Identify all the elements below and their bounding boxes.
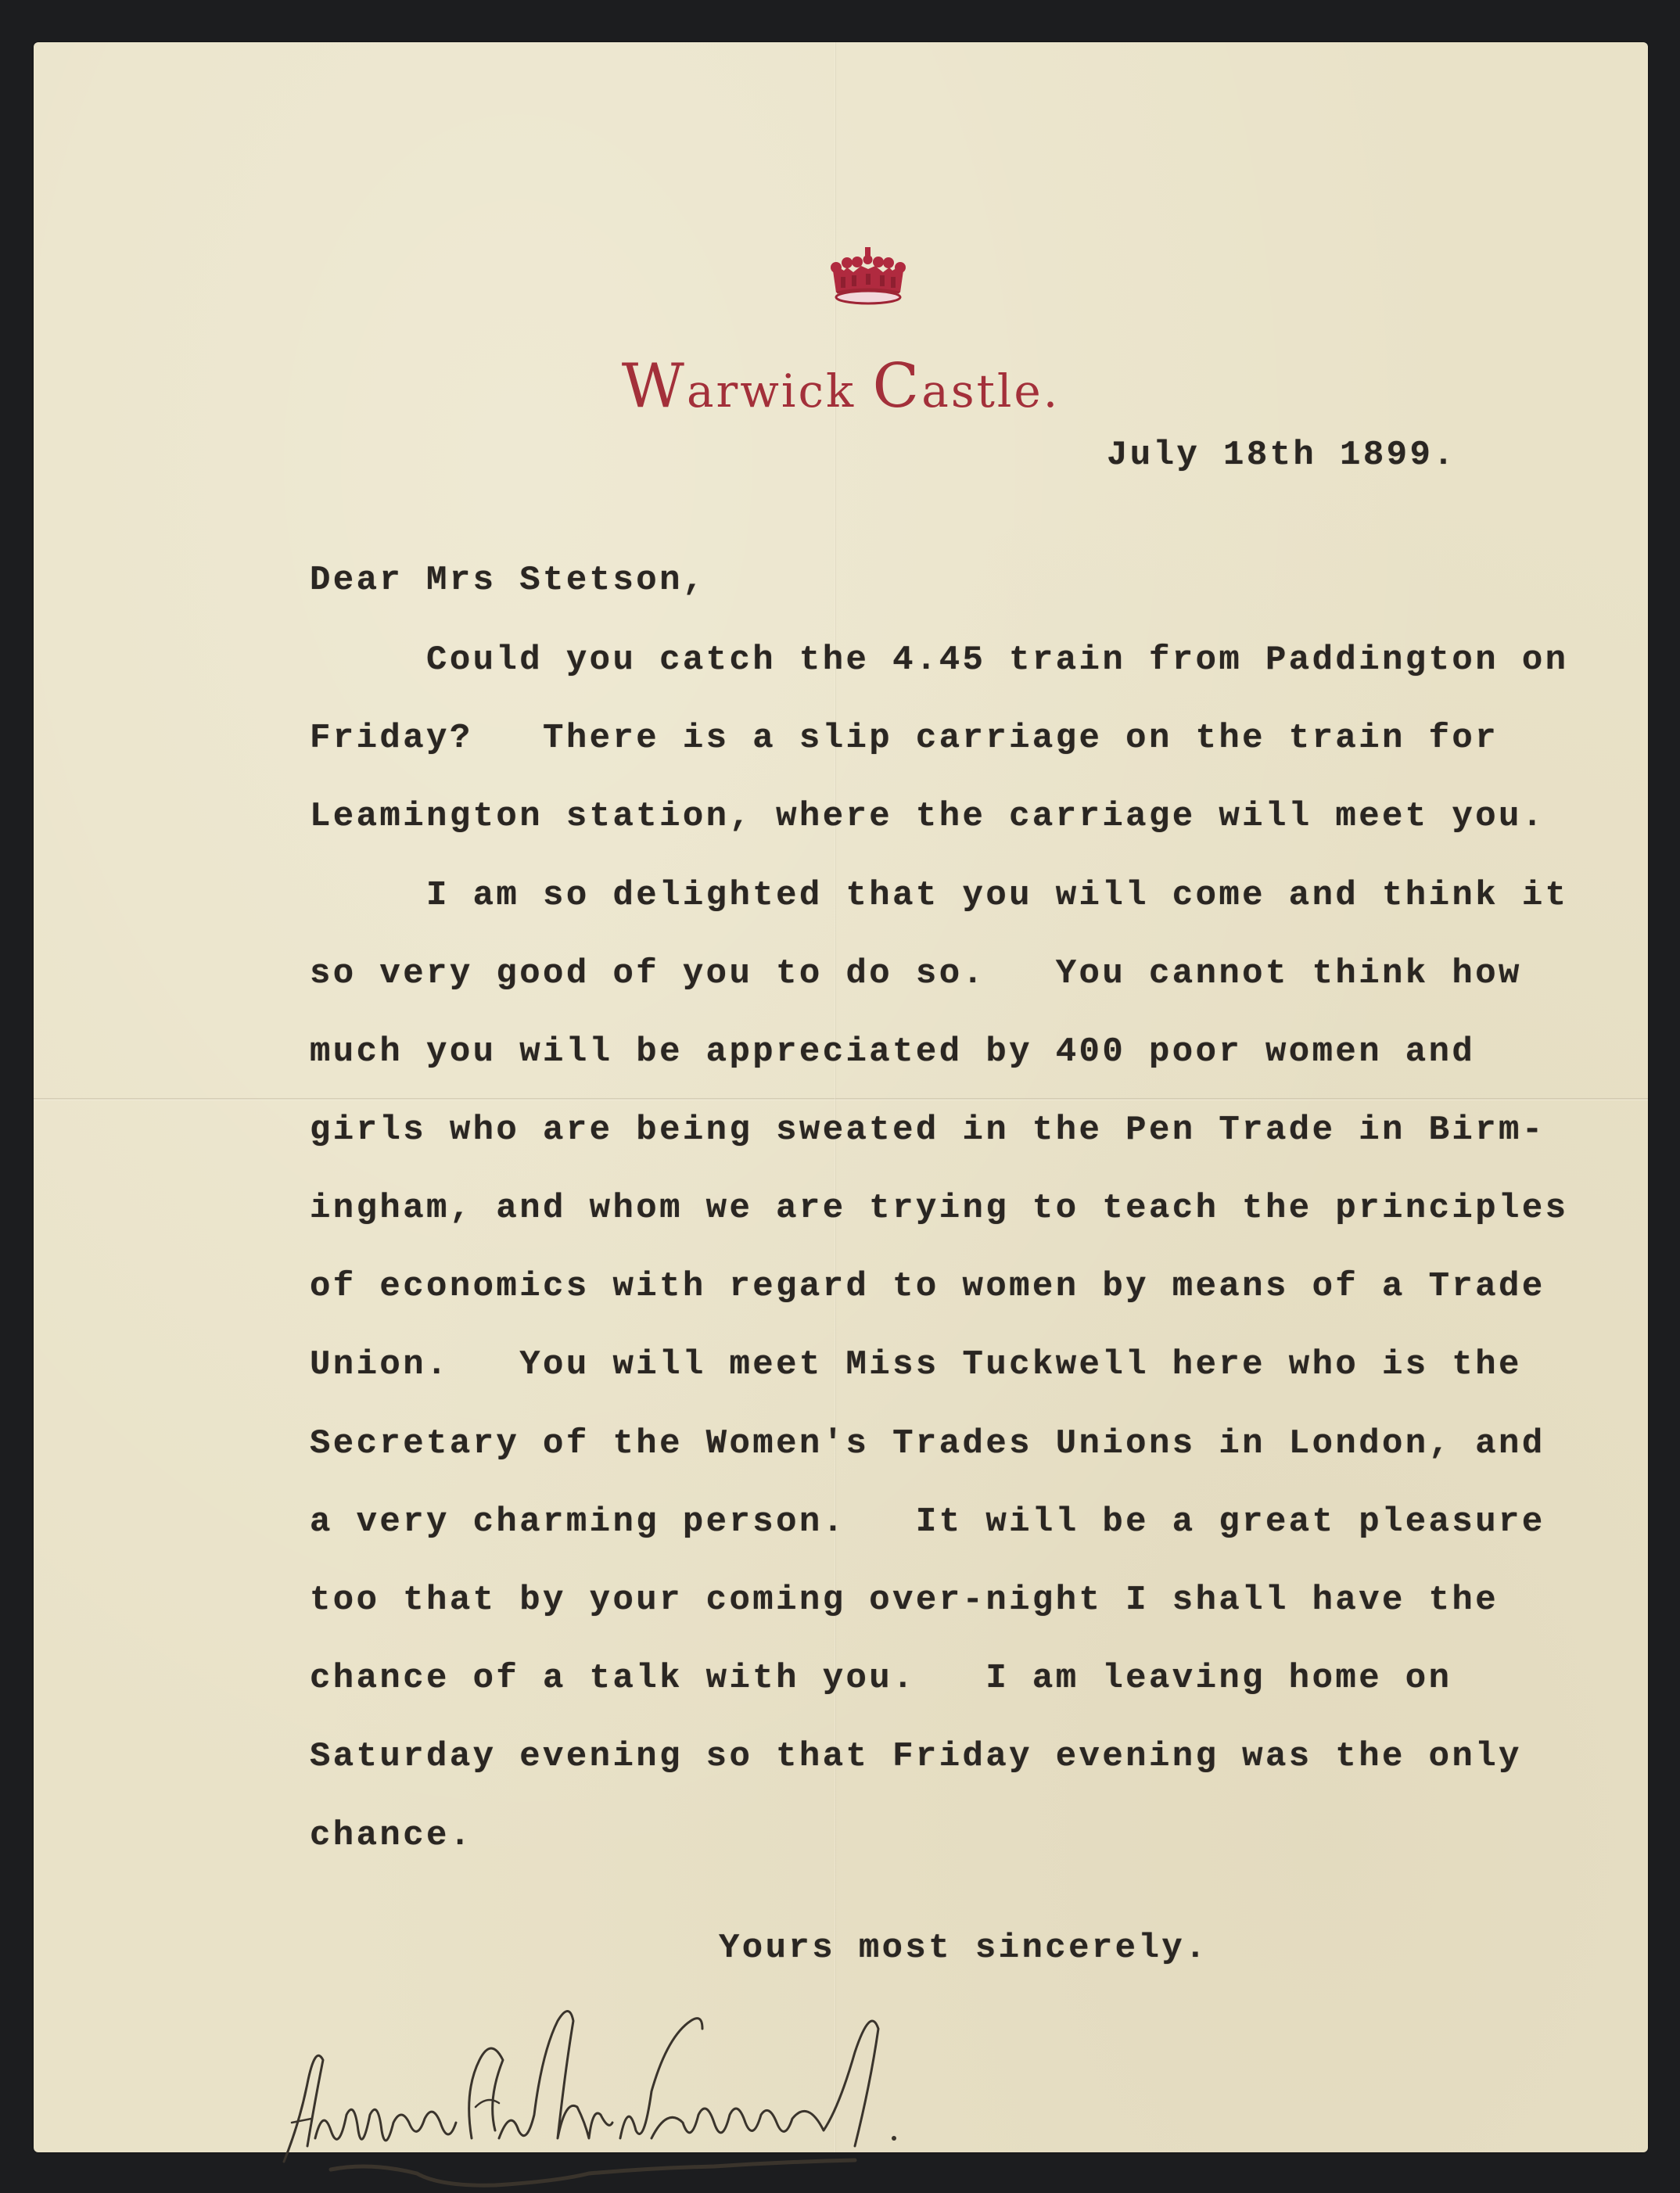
- body-line: a very charming person. It will be a gre…: [310, 1502, 1545, 1542]
- body-line: too that by your coming over-night I sha…: [310, 1581, 1499, 1620]
- body-line: Saturday evening so that Friday evening …: [310, 1737, 1522, 1776]
- body-line: Friday? There is a slip carriage on the …: [310, 719, 1499, 758]
- body-line: so very good of you to do so. You cannot…: [310, 954, 1522, 993]
- letterhead-initial-c: C: [873, 351, 922, 422]
- body-line: Secretary of the Women's Trades Unions i…: [310, 1424, 1545, 1463]
- body-line: chance.: [310, 1816, 473, 1855]
- body-line: Union. You will meet Miss Tuckwell here …: [310, 1345, 1522, 1384]
- body-line: of economics with regard to women by mea…: [310, 1267, 1545, 1306]
- body-line: I am so delighted that you will come and…: [310, 876, 1568, 915]
- letterhead-initial-w: W: [622, 351, 687, 422]
- salutation: Dear Mrs Stetson,: [310, 561, 706, 600]
- letter-page: Warwick Castle. July 18th 1899. Dear Mrs…: [34, 42, 1648, 2152]
- body-line: chance of a talk with you. I am leaving …: [310, 1659, 1452, 1698]
- letter-date: July 18th 1899.: [1107, 436, 1456, 475]
- letterhead-title: Warwick Castle.: [34, 351, 1648, 422]
- body-line: Could you catch the 4.45 train from Padd…: [310, 641, 1568, 680]
- handwritten-signature: Frances Evelyn Warwick: [276, 2005, 1293, 2193]
- body-line: much you will be appreciated by 400 poor…: [310, 1032, 1475, 1071]
- body-line: Leamington station, where the carriage w…: [310, 797, 1545, 836]
- horizontal-fold-crease: [34, 1098, 1648, 1100]
- letterhead-word-warwick: arwick: [687, 364, 873, 418]
- body-line: ingham, and whom we are trying to teach …: [310, 1189, 1568, 1228]
- letterhead-word-castle: astle.: [921, 364, 1060, 418]
- closing: Yours most sincerely.: [719, 1929, 1208, 1968]
- body-line: girls who are being sweated in the Pen T…: [310, 1111, 1545, 1150]
- crown-icon: [830, 247, 906, 308]
